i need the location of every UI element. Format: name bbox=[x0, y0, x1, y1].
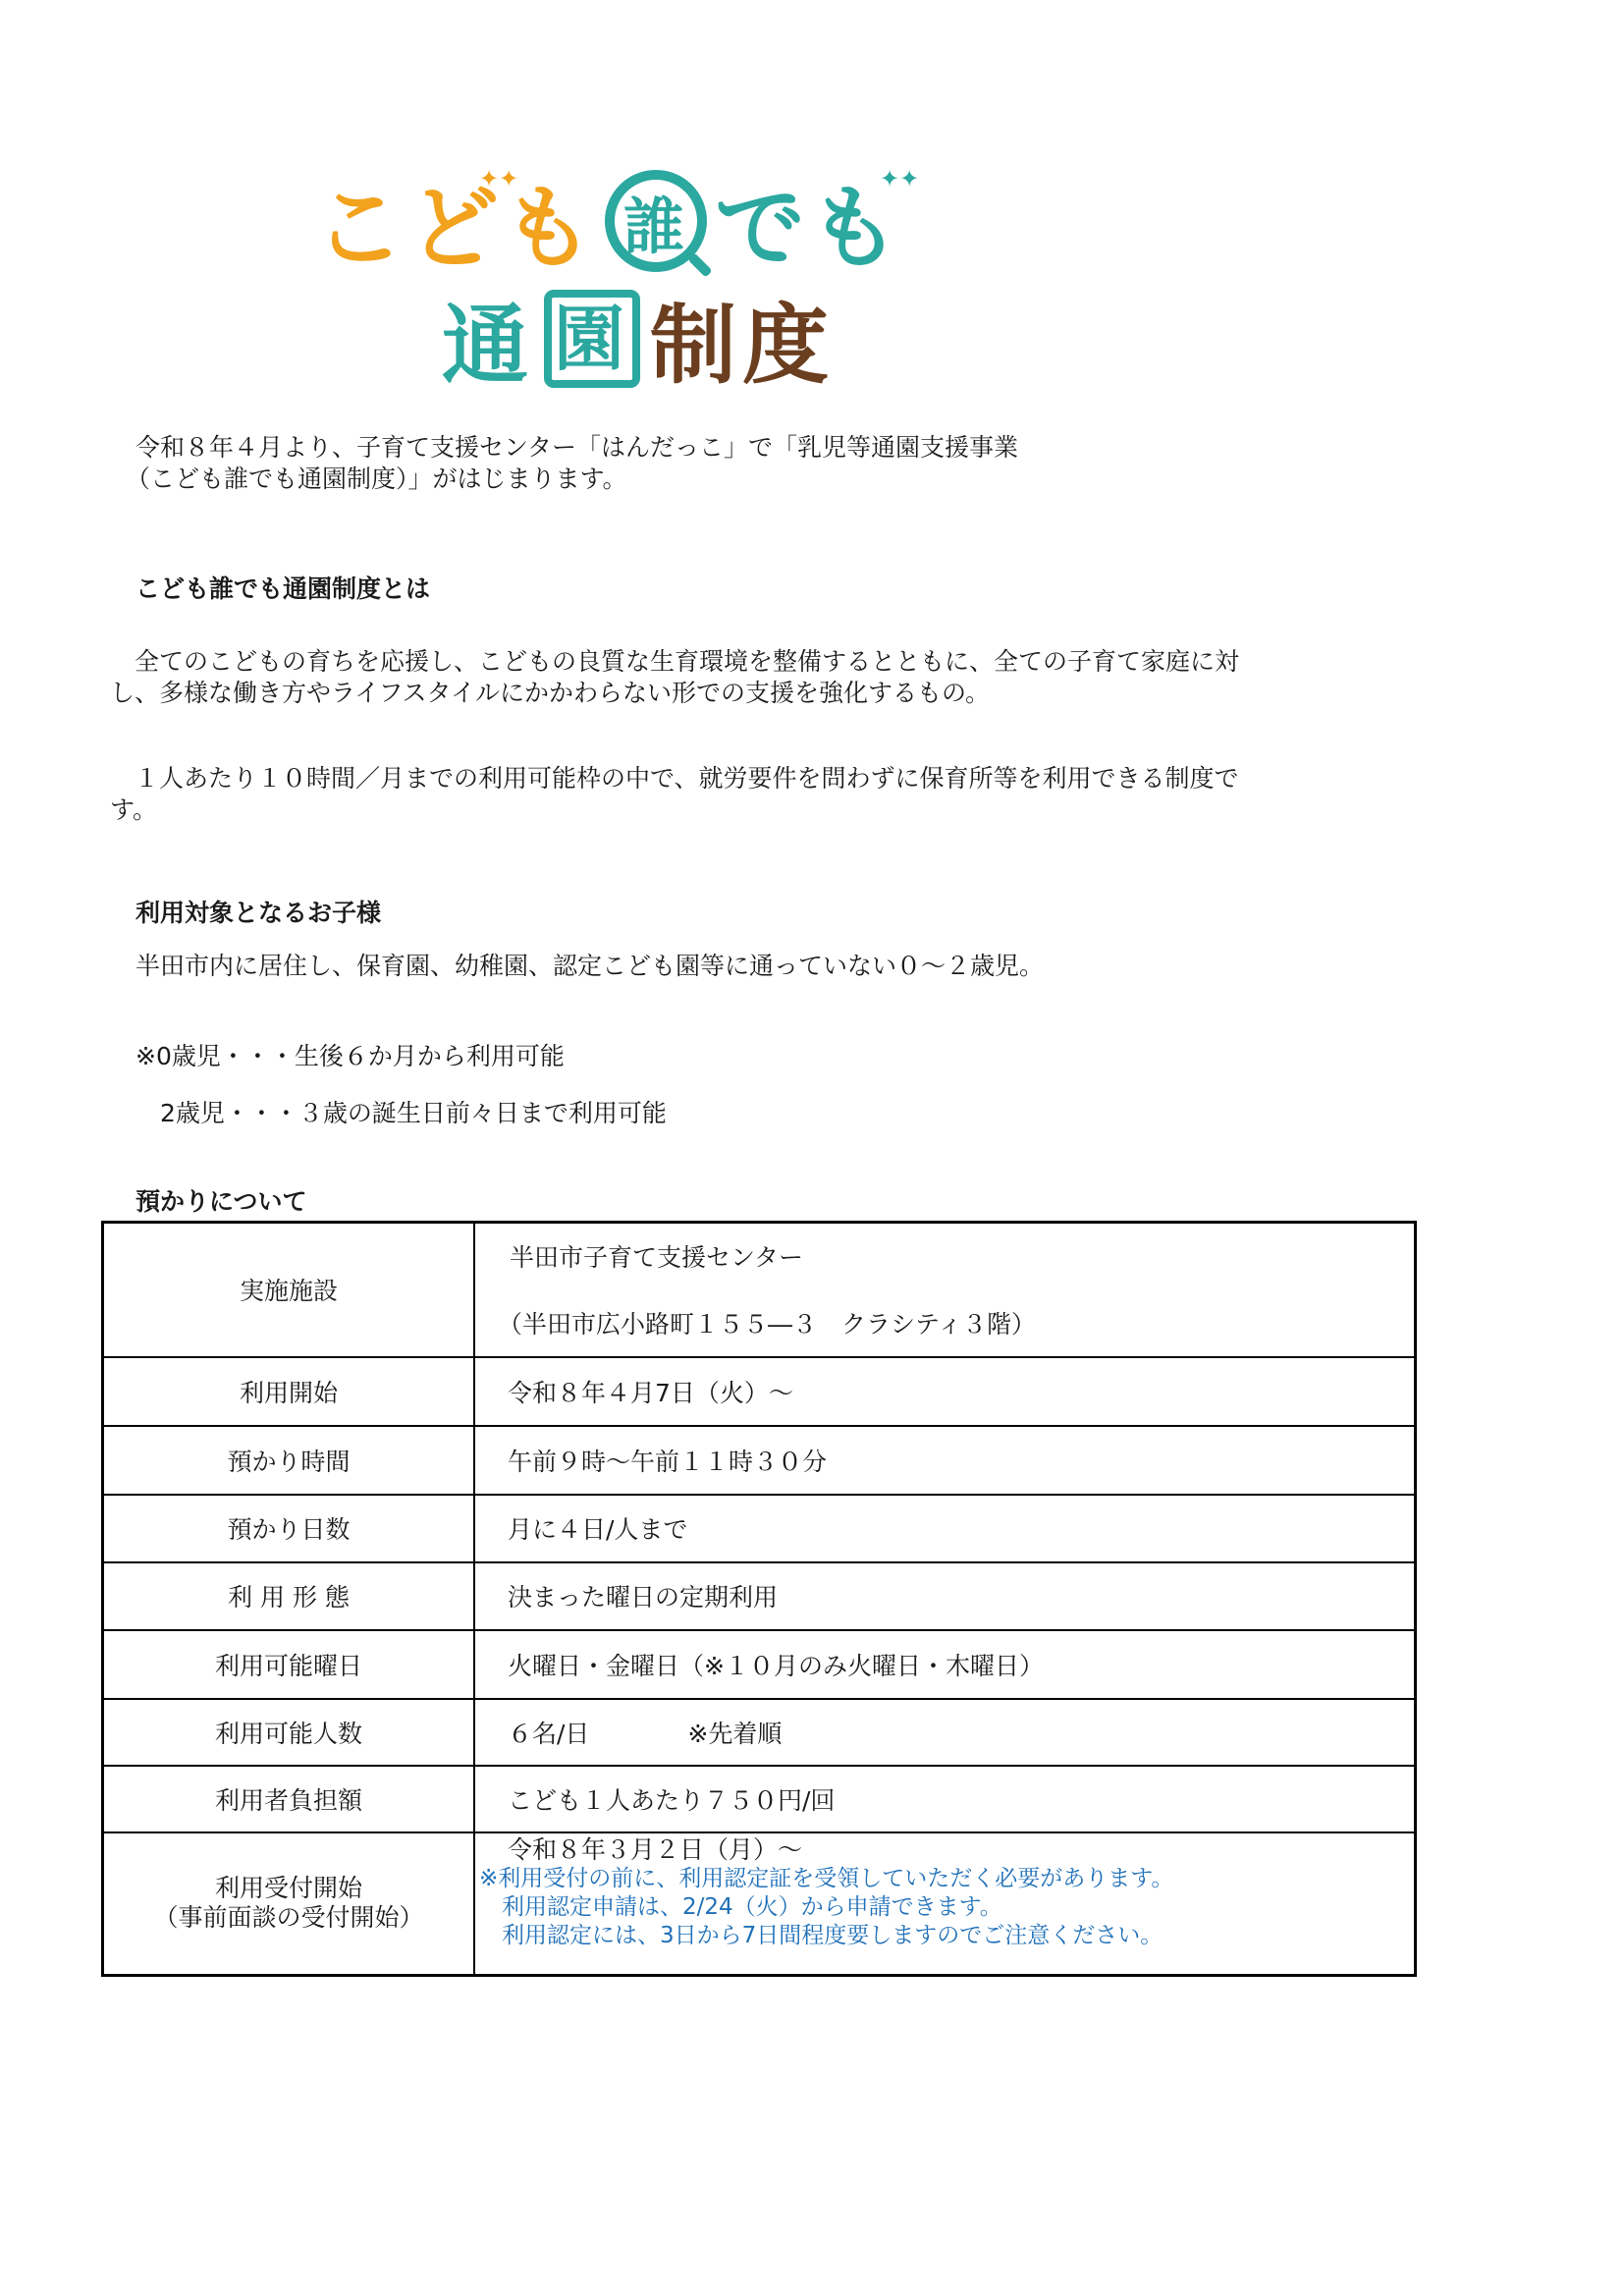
table-value: 月に４日/人まで bbox=[474, 1495, 1416, 1562]
logo-row-2: 通 園 制度 bbox=[442, 277, 835, 401]
table-value: 令和８年４月7日（火）～ bbox=[474, 1357, 1416, 1426]
section-heading-care: 預かりについて bbox=[135, 1182, 307, 1218]
logo-text-demo: でも bbox=[715, 156, 903, 286]
table-row: 利用開始 令和８年４月7日（火）～ bbox=[103, 1357, 1416, 1426]
reception-key: 利用受付開始 bbox=[104, 1874, 473, 1903]
table-key: 利 用 形 態 bbox=[103, 1562, 475, 1630]
table-row: 実施施設 半田市子育て支援センター （半田市広小路町１５５―３ クラシティ３階） bbox=[103, 1223, 1416, 1357]
sparkle-icon: ✦✦ bbox=[880, 165, 919, 192]
reception-note-3: 利用認定には、3日から7日間程度要しますのでご注意ください。 bbox=[475, 1922, 1414, 1950]
reception-note-2: 利用認定申請は、2/24（火）から申請できます。 bbox=[475, 1893, 1414, 1922]
table-key: 利用受付開始 （事前面談の受付開始） bbox=[103, 1832, 475, 1976]
table-key: 預かり時間 bbox=[103, 1426, 475, 1495]
table-value: 令和８年３月２日（月）～ ※利用受付の前に、利用認定証を受領していただく必要があ… bbox=[474, 1832, 1416, 1976]
intro-line-1: 令和８年４月より、子育て支援センター「はんだっこ」で「乳児等通園支援事業 bbox=[135, 432, 1018, 464]
about-para2-line1: １人あたり１０時間／月までの利用可能枠の中で、就労要件を問わずに保育所等を利用で… bbox=[110, 763, 1239, 794]
table-row: 預かり日数 月に４日/人まで bbox=[103, 1495, 1416, 1562]
logo-row-1: こども 誰 でも bbox=[314, 167, 903, 275]
table-value: こども１人あたり７５０円/回 bbox=[474, 1766, 1416, 1832]
facility-address: （半田市広小路町１５５―３ クラシティ３階） bbox=[498, 1305, 1414, 1340]
logo-text-tsu: 通 bbox=[442, 277, 534, 401]
program-logo: こども 誰 でも ✦✦ ✦✦ 通 園 制度 bbox=[314, 167, 1139, 373]
eligibility-note-0yo: ※0歳児・・・生後６か月から利用可能 bbox=[135, 1041, 565, 1072]
table-row: 利用者負担額 こども１人あたり７５０円/回 bbox=[103, 1766, 1416, 1832]
reception-key-sub: （事前面談の受付開始） bbox=[104, 1903, 473, 1933]
reception-date: 令和８年３月２日（月）～ bbox=[475, 1835, 1414, 1865]
reception-note-1: ※利用受付の前に、利用認定証を受領していただく必要があります。 bbox=[475, 1865, 1414, 1893]
table-key: 利用可能人数 bbox=[103, 1699, 475, 1766]
logo-text-en: 園 bbox=[544, 290, 640, 388]
facility-name: 半田市子育て支援センター bbox=[510, 1238, 1414, 1274]
logo-circle-char: 誰 bbox=[623, 178, 688, 265]
table-row: 預かり時間 午前９時～午前１１時３０分 bbox=[103, 1426, 1416, 1495]
sparkle-icon: ✦✦ bbox=[479, 165, 518, 192]
table-row: 利用可能曜日 火曜日・金曜日（※１０月のみ火曜日・木曜日） bbox=[103, 1630, 1416, 1699]
eligibility-text: 半田市内に居住し、保育園、幼稚園、認定こども園等に通っていない０～２歳児。 bbox=[135, 951, 1044, 982]
about-para2-line2: す。 bbox=[110, 794, 157, 826]
table-value: 火曜日・金曜日（※１０月のみ火曜日・木曜日） bbox=[474, 1630, 1416, 1699]
table-key: 利用可能曜日 bbox=[103, 1630, 475, 1699]
table-key: 実施施設 bbox=[103, 1223, 475, 1357]
section-heading-about: こども誰でも通園制度とは bbox=[135, 570, 430, 605]
table-value: 午前９時～午前１１時３０分 bbox=[474, 1426, 1416, 1495]
intro-line-2: （こども誰でも通園制度）」がはじまります。 bbox=[126, 464, 627, 495]
table-value: 決まった曜日の定期利用 bbox=[474, 1562, 1416, 1630]
care-info-table: 実施施設 半田市子育て支援センター （半田市広小路町１５５―３ クラシティ３階）… bbox=[101, 1221, 1417, 1977]
eligibility-note-2yo: 2歳児・・・３歳の誕生日前々日まで利用可能 bbox=[135, 1098, 667, 1129]
table-key: 利用者負担額 bbox=[103, 1766, 475, 1832]
table-value: 半田市子育て支援センター （半田市広小路町１５５―３ クラシティ３階） bbox=[474, 1223, 1416, 1357]
table-key: 預かり日数 bbox=[103, 1495, 475, 1562]
table-value: ６名/日 ※先着順 bbox=[474, 1699, 1416, 1766]
about-para1-line1: 全てのこどもの育ちを応援し、こどもの良質な生育環境を整備するとともに、全ての子育… bbox=[110, 646, 1239, 678]
section-heading-eligibility: 利用対象となるお子様 bbox=[135, 894, 381, 929]
table-key: 利用開始 bbox=[103, 1357, 475, 1426]
table-row: 利用可能人数 ６名/日 ※先着順 bbox=[103, 1699, 1416, 1766]
table-row: 利用受付開始 （事前面談の受付開始） 令和８年３月２日（月）～ ※利用受付の前に… bbox=[103, 1832, 1416, 1976]
table-row: 利 用 形 態 決まった曜日の定期利用 bbox=[103, 1562, 1416, 1630]
logo-text-seido: 制度 bbox=[650, 277, 835, 401]
about-para1-line2: し、多様な働き方やライフスタイルにかかわらない形での支援を強化するもの。 bbox=[110, 678, 990, 709]
magnifier-icon: 誰 bbox=[605, 170, 707, 272]
logo-text-kodomo: こども bbox=[314, 156, 597, 286]
